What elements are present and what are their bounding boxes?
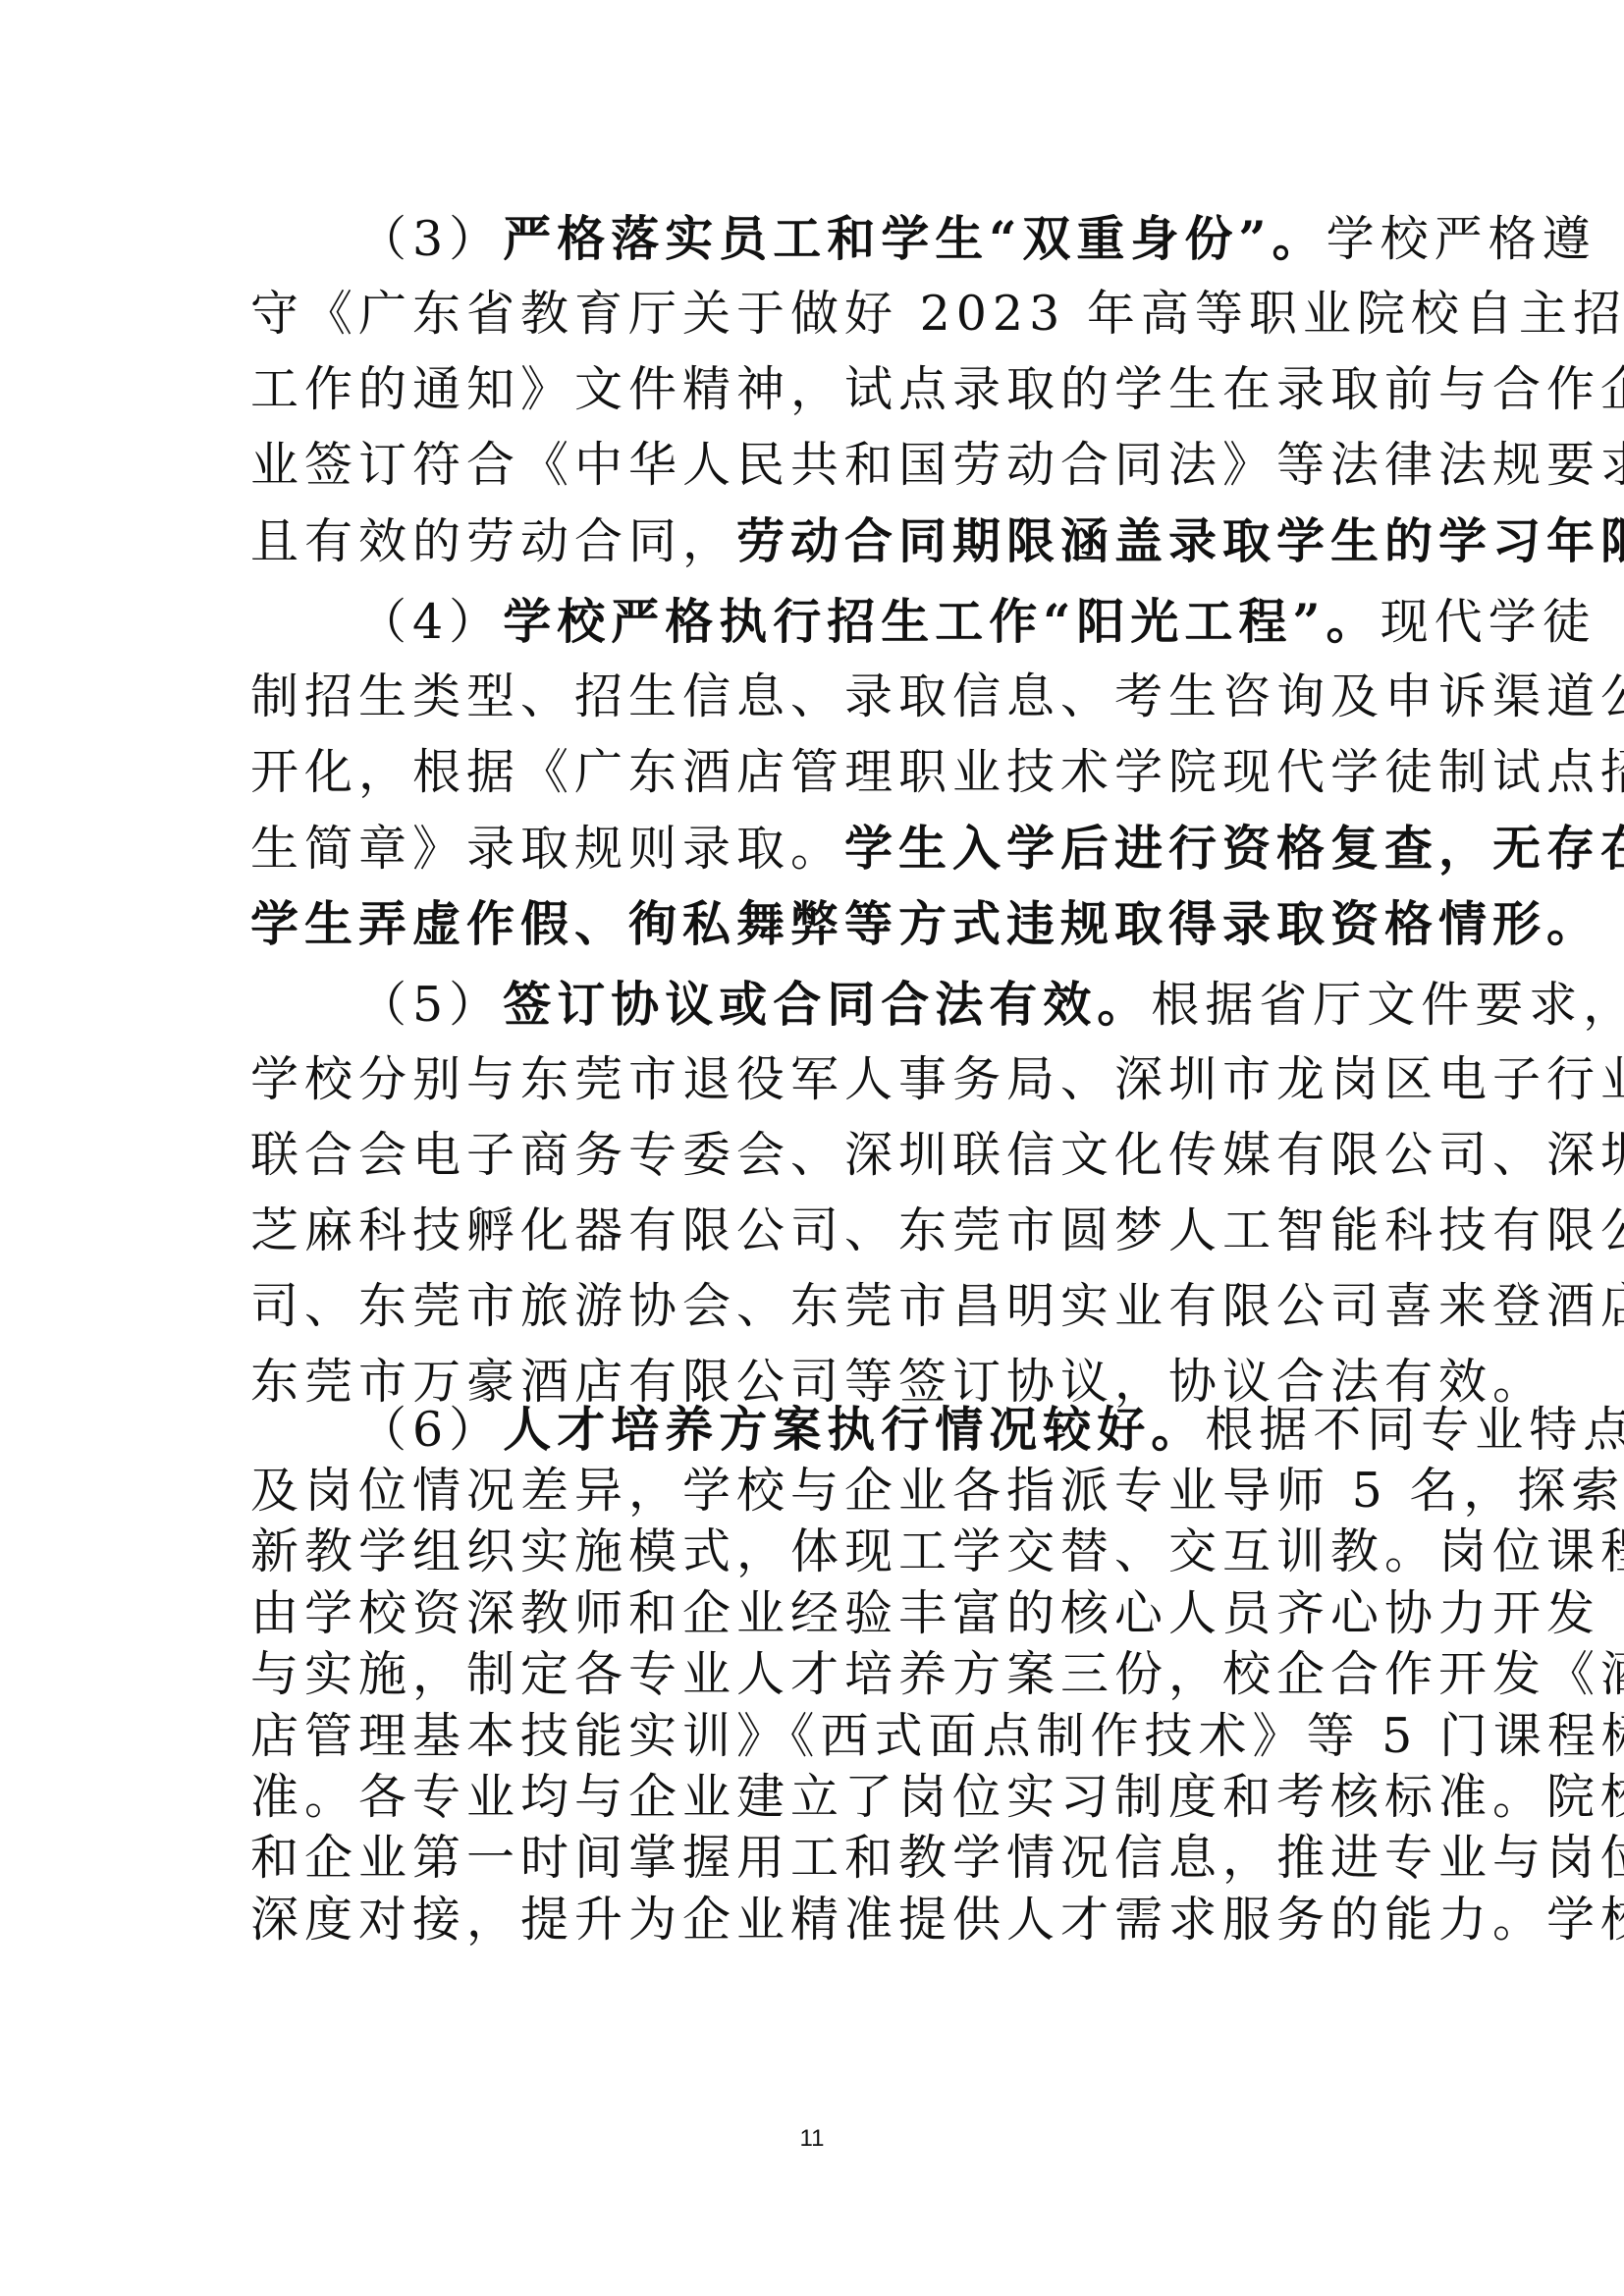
- text-line: （4）学校严格执行招生工作“阳光工程”。现代学徒: [358, 592, 1394, 651]
- bold-text-run: 学生弄虚作假、徇私舞弊等方式违规取得录取资格情形。: [250, 895, 1600, 952]
- text-run: 新教学组织实施模式，体现工学交替、交互训教。岗位课程: [250, 1523, 1624, 1579]
- bold-text-run: 严格落实员工和学生“双重身份”。: [503, 210, 1326, 267]
- text-run: 店管理基本技能实训》《西式面点制作技术》等 5 门课程标: [250, 1708, 1624, 1764]
- text-run: 联合会电子商务专委会、深圳联信文化传媒有限公司、深圳: [250, 1127, 1624, 1183]
- text-run: 生简章》录取规则录取。: [250, 821, 844, 877]
- text-run: 根据不同专业特点: [1205, 1402, 1624, 1458]
- text-line: 守《广东省教育厅关于做好 2023 年高等职业院校自主招生: [250, 285, 1394, 344]
- text-run: 且有效的劳动合同，: [250, 513, 736, 569]
- text-run: 业签订符合《中华人民共和国劳动合同法》等法律法规要求: [250, 437, 1624, 493]
- bold-text-run: 劳动合同期限涵盖录取学生的学习年限。: [736, 512, 1624, 569]
- text-line: 深度对接，提升为企业精准提供人才需求服务的能力。学校: [250, 1891, 1394, 1949]
- text-line: （6）人才培养方案执行情况较好。根据不同专业特点: [358, 1400, 1394, 1459]
- bold-text-run: 人才培养方案执行情况较好。: [503, 1401, 1205, 1458]
- document-page: （3）严格落实员工和学生“双重身份”。学校严格遵守《广东省教育厅关于做好 202…: [0, 0, 1624, 2296]
- text-line: 制招生类型、招生信息、录取信息、考生咨询及申诉渠道公: [250, 667, 1394, 726]
- text-run: 工作的通知》文件精神，试点录取的学生在录取前与合作企: [250, 361, 1624, 417]
- text-run: 和企业第一时间掌握用工和教学情况信息，推进专业与岗位: [250, 1830, 1624, 1886]
- text-line: 学校分别与东莞市退役军人事务局、深圳市龙岗区电子行业: [250, 1050, 1394, 1109]
- text-line: 学生弄虚作假、徇私舞弊等方式违规取得录取资格情形。: [250, 894, 1394, 953]
- text-line: 和企业第一时间掌握用工和教学情况信息，推进专业与岗位: [250, 1829, 1394, 1888]
- text-run: 芝麻科技孵化器有限公司、东莞市圆梦人工智能科技有限公: [250, 1202, 1624, 1258]
- text-run: 由学校资深教师和企业经验丰富的核心人员齐心协力开发: [250, 1585, 1600, 1641]
- text-line: 与实施，制定各专业人才培养方案三份，校企合作开发《酒: [250, 1645, 1394, 1704]
- text-run: 深度对接，提升为企业精准提供人才需求服务的能力。学校: [250, 1892, 1624, 1948]
- text-run: 根据省厅文件要求，: [1151, 977, 1624, 1033]
- text-run: 制招生类型、招生信息、录取信息、考生咨询及申诉渠道公: [250, 668, 1624, 724]
- text-line: 生简章》录取规则录取。学生入学后进行资格复查，无存在: [250, 819, 1394, 878]
- text-line: 工作的通知》文件精神，试点录取的学生在录取前与合作企: [250, 360, 1394, 419]
- text-line: 开化，根据《广东酒店管理职业技术学院现代学徒制试点招: [250, 743, 1394, 802]
- bold-text-run: 学生入学后进行资格复查，无存在: [844, 820, 1624, 877]
- text-run: 现代学徒: [1380, 594, 1597, 650]
- text-line: 司、东莞市旅游协会、东莞市昌明实业有限公司喜来登酒店、: [250, 1277, 1394, 1336]
- text-run: （5）: [358, 977, 503, 1033]
- text-run: （6）: [358, 1402, 503, 1458]
- text-line: 及岗位情况差异，学校与企业各指派专业导师 5 名，探索创: [250, 1462, 1394, 1521]
- bold-text-run: 签订协议或合同合法有效。: [503, 976, 1151, 1033]
- text-run: 学校分别与东莞市退役军人事务局、深圳市龙岗区电子行业: [250, 1051, 1624, 1107]
- text-line: 芝麻科技孵化器有限公司、东莞市圆梦人工智能科技有限公: [250, 1201, 1394, 1260]
- text-run: 准。各专业均与企业建立了岗位实习制度和考核标准。院校: [250, 1769, 1624, 1825]
- text-run: （3）: [358, 211, 503, 267]
- text-run: 与实施，制定各专业人才培养方案三份，校企合作开发《酒: [250, 1646, 1624, 1702]
- text-run: 司、东莞市旅游协会、东莞市昌明实业有限公司喜来登酒店、: [250, 1278, 1624, 1334]
- text-run: 守《广东省教育厅关于做好 2023 年高等职业院校自主招生: [250, 286, 1624, 342]
- text-line: 联合会电子商务专委会、深圳联信文化传媒有限公司、深圳: [250, 1126, 1394, 1185]
- text-line: 店管理基本技能实训》《西式面点制作技术》等 5 门课程标: [250, 1707, 1394, 1766]
- text-run: 及岗位情况差异，学校与企业各指派专业导师 5 名，探索创: [250, 1463, 1624, 1519]
- text-line: （5）签订协议或合同合法有效。根据省厅文件要求，: [358, 975, 1394, 1034]
- text-line: 准。各专业均与企业建立了岗位实习制度和考核标准。院校: [250, 1768, 1394, 1827]
- text-run: 学校严格遵: [1326, 211, 1597, 267]
- text-run: （4）: [358, 594, 503, 650]
- text-line: 新教学组织实施模式，体现工学交替、交互训教。岗位课程: [250, 1522, 1394, 1581]
- bold-text-run: 学校严格执行招生工作“阳光工程”。: [503, 593, 1380, 650]
- text-line: （3）严格落实员工和学生“双重身份”。学校严格遵: [358, 209, 1394, 268]
- text-run: 开化，根据《广东酒店管理职业技术学院现代学徒制试点招: [250, 744, 1624, 800]
- text-line: 由学校资深教师和企业经验丰富的核心人员齐心协力开发: [250, 1584, 1394, 1643]
- page-number: 11: [0, 2125, 1624, 2153]
- text-line: 业签订符合《中华人民共和国劳动合同法》等法律法规要求: [250, 436, 1394, 495]
- text-line: 且有效的劳动合同，劳动合同期限涵盖录取学生的学习年限。: [250, 511, 1394, 570]
